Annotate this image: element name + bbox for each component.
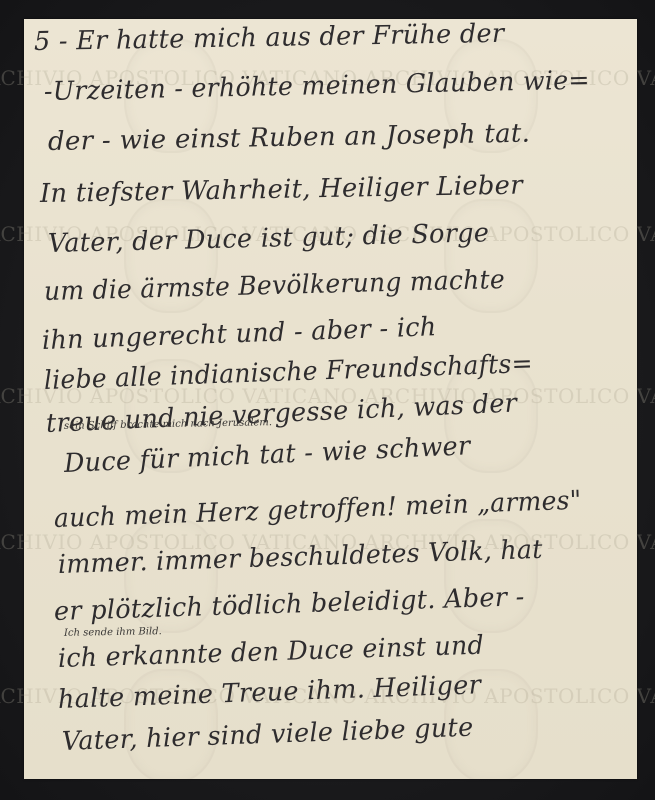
letter-line: halte meine Treue ihm. Heiliger xyxy=(57,670,481,715)
scan-frame: ARCHIVIO APOSTOLICO VATICANO ARCHIVIO AP… xyxy=(0,0,655,800)
letter-line: er plötzlich tödlich beleidigt. Aber - xyxy=(54,582,525,627)
letter-line: In tiefster Wahrheit, Heiliger Lieber xyxy=(40,171,523,209)
letter-line: um die ärmste Bevölkerung machte xyxy=(44,265,506,307)
letter-line: immer. immer beschuldetes Volk, hat xyxy=(58,535,544,580)
letter-line: auch mein Herz getroffen! mein „armes" xyxy=(53,486,582,534)
interlinear-note: Ich sende ihm Bild. xyxy=(64,626,162,639)
letter-line: -Urzeiten - erhöhte meinen Glauben wie= xyxy=(44,66,590,107)
letter-line: liebe alle indianische Freundschafts= xyxy=(43,349,533,396)
letter-line: Duce für mich tat - wie schwer xyxy=(63,431,471,479)
letter-page: ARCHIVIO APOSTOLICO VATICANO ARCHIVIO AP… xyxy=(24,19,637,779)
letter-line: ihn ungerecht und - aber - ich xyxy=(41,312,437,356)
letter-line: 5 - Er hatte mich aus der Frühe der xyxy=(34,19,505,57)
letter-line: Vater, der Duce ist gut; die Sorge xyxy=(48,218,490,259)
letter-line: Vater, hier sind viele liebe gute xyxy=(61,713,473,757)
letter-line: der - wie einst Ruben an Joseph tat. xyxy=(48,119,531,157)
